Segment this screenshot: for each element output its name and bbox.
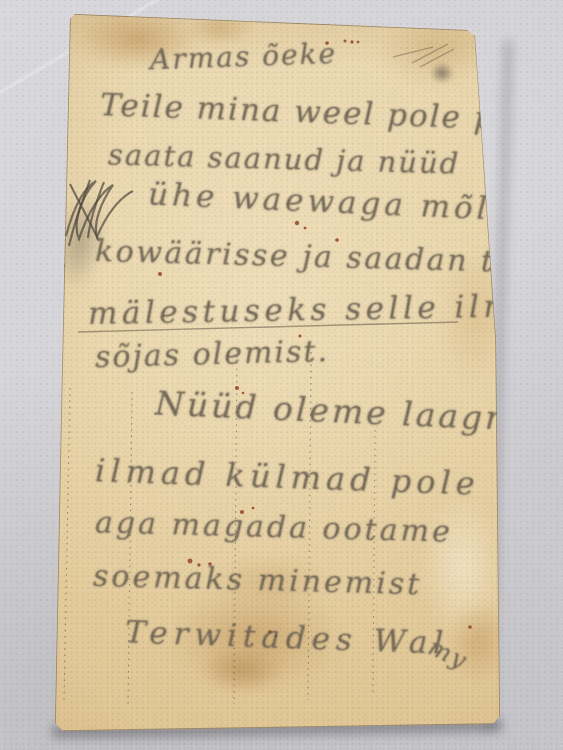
handwriting-line: sõjas olemist. [95, 334, 330, 375]
handwriting-signature: Terwitades Wal [124, 614, 449, 661]
handwriting-line: saata saanud ja nüüd [108, 137, 461, 180]
handwriting-line: Teile mina weel pole pilta [100, 87, 555, 139]
ink-smudge [430, 62, 454, 84]
pencil-scratches [393, 44, 454, 67]
postcard-back: Armas õeke Teile mina weel pole pilta sa… [0, 0, 563, 750]
handwriting-line: aga magada ootame [95, 505, 454, 549]
handwriting-heading: Armas õeke [149, 37, 337, 77]
handwriting-line: soemaks minemist [93, 559, 423, 603]
handwriting-line: kowäärisse ja saadan teile [95, 234, 561, 281]
photo-of-postcard: Armas õeke Teile mina weel pole pilta sa… [0, 0, 563, 750]
stain [380, 14, 495, 86]
handwriting-line: ilmad külmad pole [94, 451, 480, 502]
handwriting-line: mälestuseks selle ilma [88, 288, 541, 332]
handwriting-line: Nüüd oleme laagres [154, 383, 547, 439]
